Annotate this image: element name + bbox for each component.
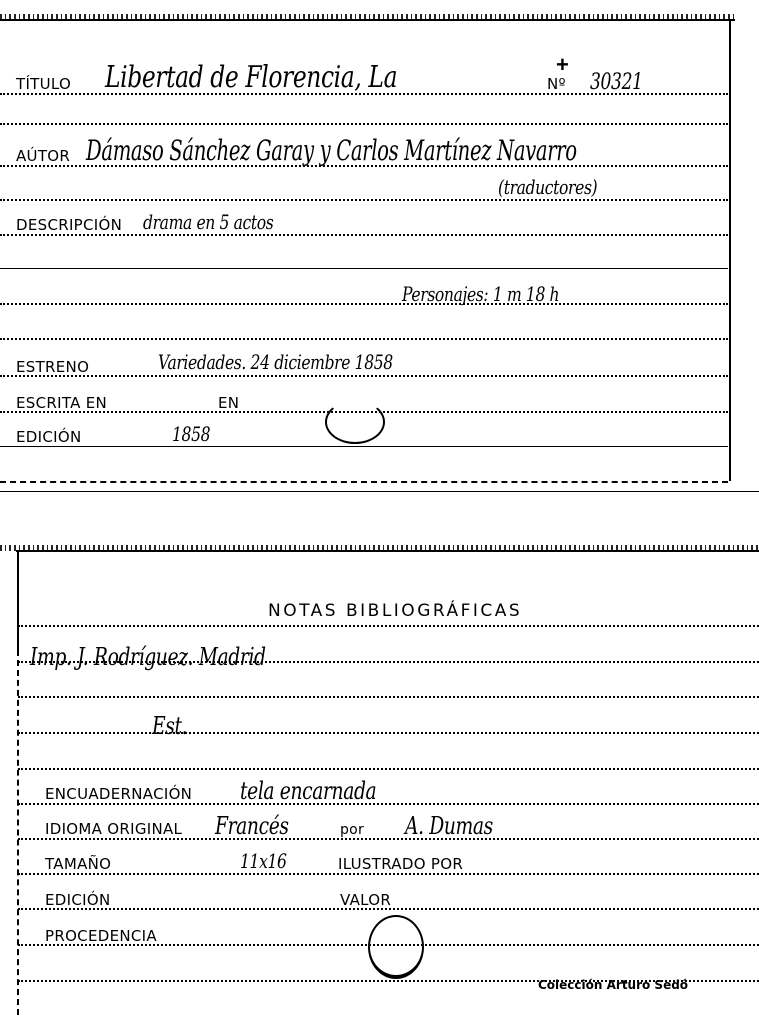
card-bottom-edge xyxy=(0,491,759,492)
card-right-border xyxy=(729,19,731,481)
rule xyxy=(0,268,728,269)
encuadernacion-label: ENCUADERNACIÓN xyxy=(45,785,192,803)
rule xyxy=(18,873,759,875)
rule xyxy=(0,446,728,447)
rule xyxy=(18,625,759,627)
valor-label: VALOR xyxy=(340,891,391,909)
autor-value: Dámaso Sánchez Garay y Carlos Martínez N… xyxy=(86,134,577,167)
punch-hole-stamp xyxy=(368,915,424,979)
card-top-border xyxy=(16,550,759,552)
rule xyxy=(18,696,759,698)
rule xyxy=(0,338,728,340)
edicion-label-2: EDICIÓN xyxy=(45,891,110,909)
rule xyxy=(18,803,759,805)
rule xyxy=(0,375,728,377)
cross-mark: + xyxy=(556,52,569,78)
collection-credit: Colección Arturo Sedó xyxy=(538,978,688,992)
notas-heading: NOTAS BIBLIOGRÁFICAS xyxy=(268,601,522,621)
en-label: EN xyxy=(218,394,239,412)
punch-hole-stamp xyxy=(325,400,385,444)
rule xyxy=(18,768,759,770)
tamano-label: TAMAÑO xyxy=(45,855,111,873)
card-left-border-dashed xyxy=(17,650,19,1015)
rule xyxy=(0,199,728,201)
rule xyxy=(0,303,728,305)
card-left-border xyxy=(17,550,19,650)
card-top-border xyxy=(0,19,735,21)
rule xyxy=(18,661,759,663)
descripcion-label: DESCRIPCIÓN xyxy=(16,216,122,234)
rule xyxy=(18,838,759,840)
ilustrado-por-label: ILUSTRADO POR xyxy=(338,855,463,873)
rule xyxy=(0,123,728,125)
rule xyxy=(18,732,759,734)
estreno-label: ESTRENO xyxy=(16,358,89,376)
edicion-value: 1858 xyxy=(172,422,210,446)
tamano-value: 11x16 xyxy=(240,849,287,873)
idioma-original-value: Francés xyxy=(215,812,289,840)
note-line-2: Est. xyxy=(152,712,187,740)
titulo-line xyxy=(0,93,728,95)
numero-value: 30321 xyxy=(590,70,643,95)
edicion-label: EDICIÓN xyxy=(16,428,81,446)
autor-label: AÚTOR xyxy=(16,147,70,165)
descripcion-value: drama en 5 actos xyxy=(143,210,273,234)
autor-original-value: A. Dumas xyxy=(405,812,493,840)
procedencia-label: PROCEDENCIA xyxy=(45,927,157,945)
rule xyxy=(18,908,759,910)
titulo-label: TÍTULO xyxy=(16,75,71,93)
estreno-value: Variedades. 24 diciembre 1858 xyxy=(158,350,393,374)
por-label: por xyxy=(340,822,364,838)
encuadernacion-value: tela encarnada xyxy=(240,777,376,805)
rule xyxy=(0,481,728,483)
titulo-value: Libertad de Florencia, La xyxy=(105,60,397,95)
escrita-en-label: ESCRITA EN xyxy=(16,394,107,412)
idioma-original-label: IDIOMA ORIGINAL xyxy=(45,820,182,838)
note-line-1: Imp. J. Rodríguez. Madrid xyxy=(30,643,266,671)
rule xyxy=(0,165,728,167)
autor-note: (traductores) xyxy=(498,175,597,199)
rule xyxy=(0,234,728,236)
